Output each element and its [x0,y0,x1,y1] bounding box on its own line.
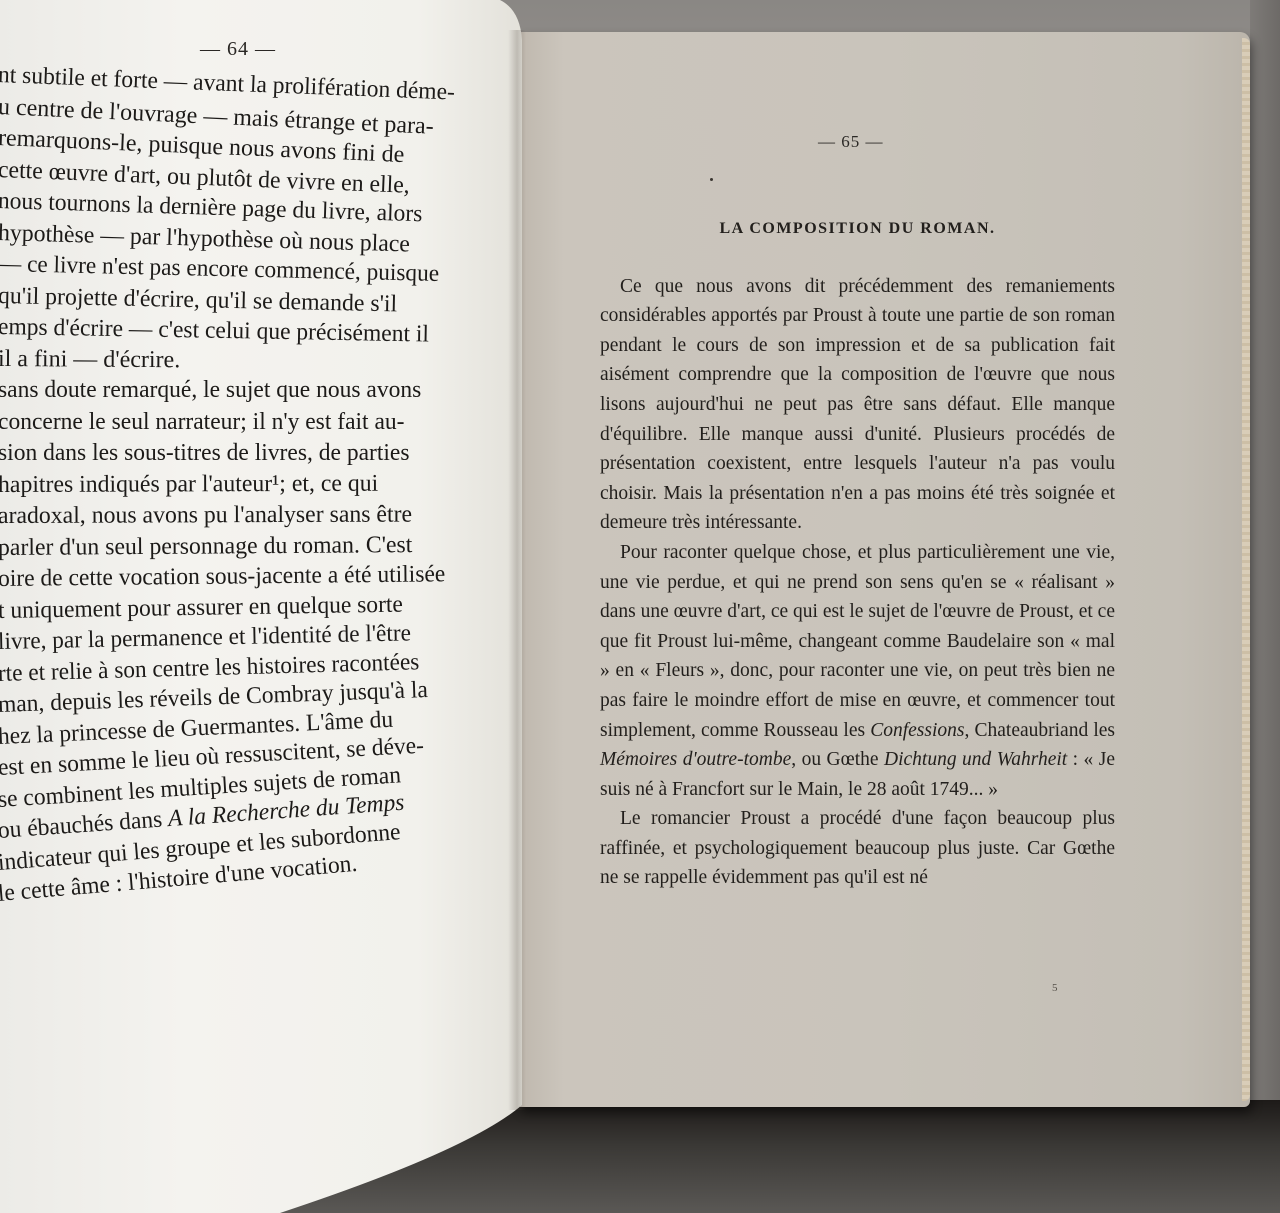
page-deckle-edge [1242,38,1250,1101]
paragraph: Pour raconter quelque chose, et plus par… [600,538,1115,804]
paragraph: Ce que nous avons dit précédemment des r… [600,272,1115,538]
italic-title: Dichtung und Wahrheit [884,749,1067,770]
text-line: sans doute remarqué, le sujet que nous a… [0,375,510,407]
right-page-text: LA COMPOSITION DU ROMAN. Ce que nous avo… [600,210,1115,893]
text-line: il a fini — d'écrire. [0,344,520,379]
page-number-left: — 64 — [200,38,276,61]
italic-title: Confessions [870,720,964,741]
text-line: hapitres indiqués par l'auteur¹; et, ce … [0,468,515,501]
text-line: aradoxal, nous avons pu l'analyser sans … [0,499,515,532]
text-line: concerne le seul narrateur; il n'y est f… [0,407,510,439]
page-number-right: — 65 — [818,132,884,152]
text-line: sion dans les sous-titres de livres, de … [0,438,510,470]
italic-title: Mémoires d'outre-tombe [600,749,791,770]
chapter-title: LA COMPOSITION DU ROMAN. [600,214,1115,244]
left-page-text: nt subtile et forte — avant la proliféra… [0,60,520,911]
background-surface-right [1250,0,1280,1213]
paper-speck [710,178,713,181]
signature-mark: 5 [1052,982,1058,994]
paragraph: Le romancier Proust a procédé d'une faço… [600,804,1115,893]
